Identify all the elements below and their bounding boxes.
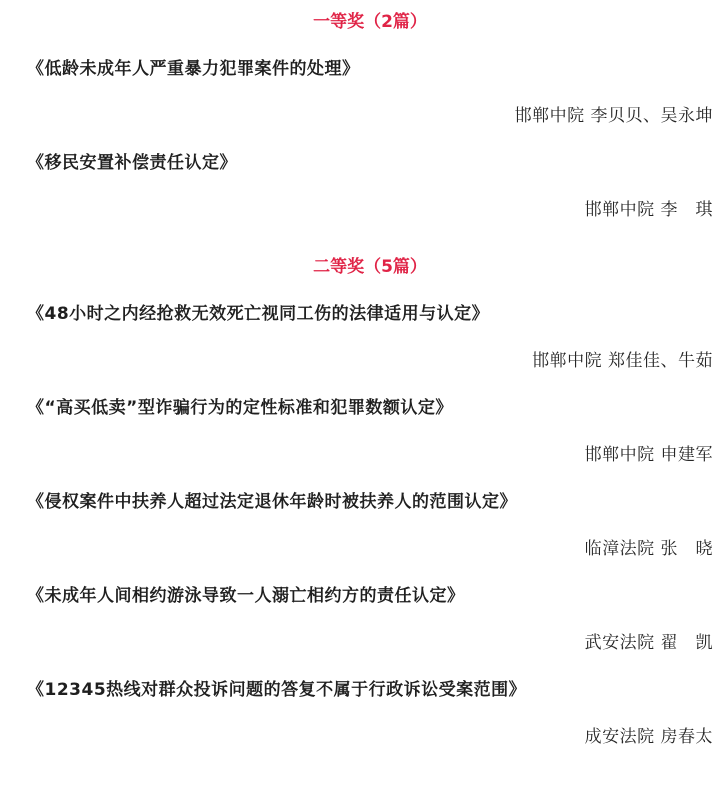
award-entry: 《“高买低卖”型诈骗行为的定性标准和犯罪数额认定》 邯郸中院 申建军	[27, 398, 713, 465]
award-list: 一等奖（2篇） 《低龄未成年人严重暴力犯罪案件的处理》 邯郸中院 李贝贝、吴永坤…	[27, 12, 713, 747]
section-header: 一等奖（2篇）	[27, 12, 713, 32]
entry-authors: 邯郸中院 申建军	[27, 445, 713, 465]
section-entries: 《48小时之内经抢救无效死亡视同工伤的法律适用与认定》 邯郸中院 郑佳佳、牛茹 …	[27, 304, 713, 747]
entry-title: 《12345热线对群众投诉问题的答复不属于行政诉讼受案范围》	[27, 680, 713, 700]
entry-title: 《低龄未成年人严重暴力犯罪案件的处理》	[27, 59, 713, 79]
award-entry: 《未成年人间相约游泳导致一人溺亡相约方的责任认定》 武安法院 翟 凯	[27, 586, 713, 653]
entry-title: 《“高买低卖”型诈骗行为的定性标准和犯罪数额认定》	[27, 398, 713, 418]
award-section: 一等奖（2篇） 《低龄未成年人严重暴力犯罪案件的处理》 邯郸中院 李贝贝、吴永坤…	[27, 12, 713, 220]
entry-title: 《侵权案件中扶养人超过法定退休年龄时被扶养人的范围认定》	[27, 492, 713, 512]
entry-authors: 邯郸中院 郑佳佳、牛茹	[27, 351, 713, 371]
entry-authors: 邯郸中院 李 琪	[27, 200, 713, 220]
document-page: 一等奖（2篇） 《低龄未成年人严重暴力犯罪案件的处理》 邯郸中院 李贝贝、吴永坤…	[0, 0, 728, 794]
entry-title: 《48小时之内经抢救无效死亡视同工伤的法律适用与认定》	[27, 304, 713, 324]
entry-title: 《移民安置补偿责任认定》	[27, 153, 713, 173]
award-entry: 《12345热线对群众投诉问题的答复不属于行政诉讼受案范围》 成安法院 房春太	[27, 680, 713, 747]
entry-authors: 成安法院 房春太	[27, 727, 713, 747]
award-entry: 《48小时之内经抢救无效死亡视同工伤的法律适用与认定》 邯郸中院 郑佳佳、牛茹	[27, 304, 713, 371]
entry-title: 《未成年人间相约游泳导致一人溺亡相约方的责任认定》	[27, 586, 713, 606]
section-entries: 《低龄未成年人严重暴力犯罪案件的处理》 邯郸中院 李贝贝、吴永坤 《移民安置补偿…	[27, 59, 713, 220]
award-entry: 《侵权案件中扶养人超过法定退休年龄时被扶养人的范围认定》 临漳法院 张 晓	[27, 492, 713, 559]
entry-authors: 邯郸中院 李贝贝、吴永坤	[27, 106, 713, 126]
section-header: 二等奖（5篇）	[27, 257, 713, 277]
award-entry: 《低龄未成年人严重暴力犯罪案件的处理》 邯郸中院 李贝贝、吴永坤	[27, 59, 713, 126]
award-section: 二等奖（5篇） 《48小时之内经抢救无效死亡视同工伤的法律适用与认定》 邯郸中院…	[27, 257, 713, 747]
entry-authors: 临漳法院 张 晓	[27, 539, 713, 559]
entry-authors: 武安法院 翟 凯	[27, 633, 713, 653]
award-entry: 《移民安置补偿责任认定》 邯郸中院 李 琪	[27, 153, 713, 220]
